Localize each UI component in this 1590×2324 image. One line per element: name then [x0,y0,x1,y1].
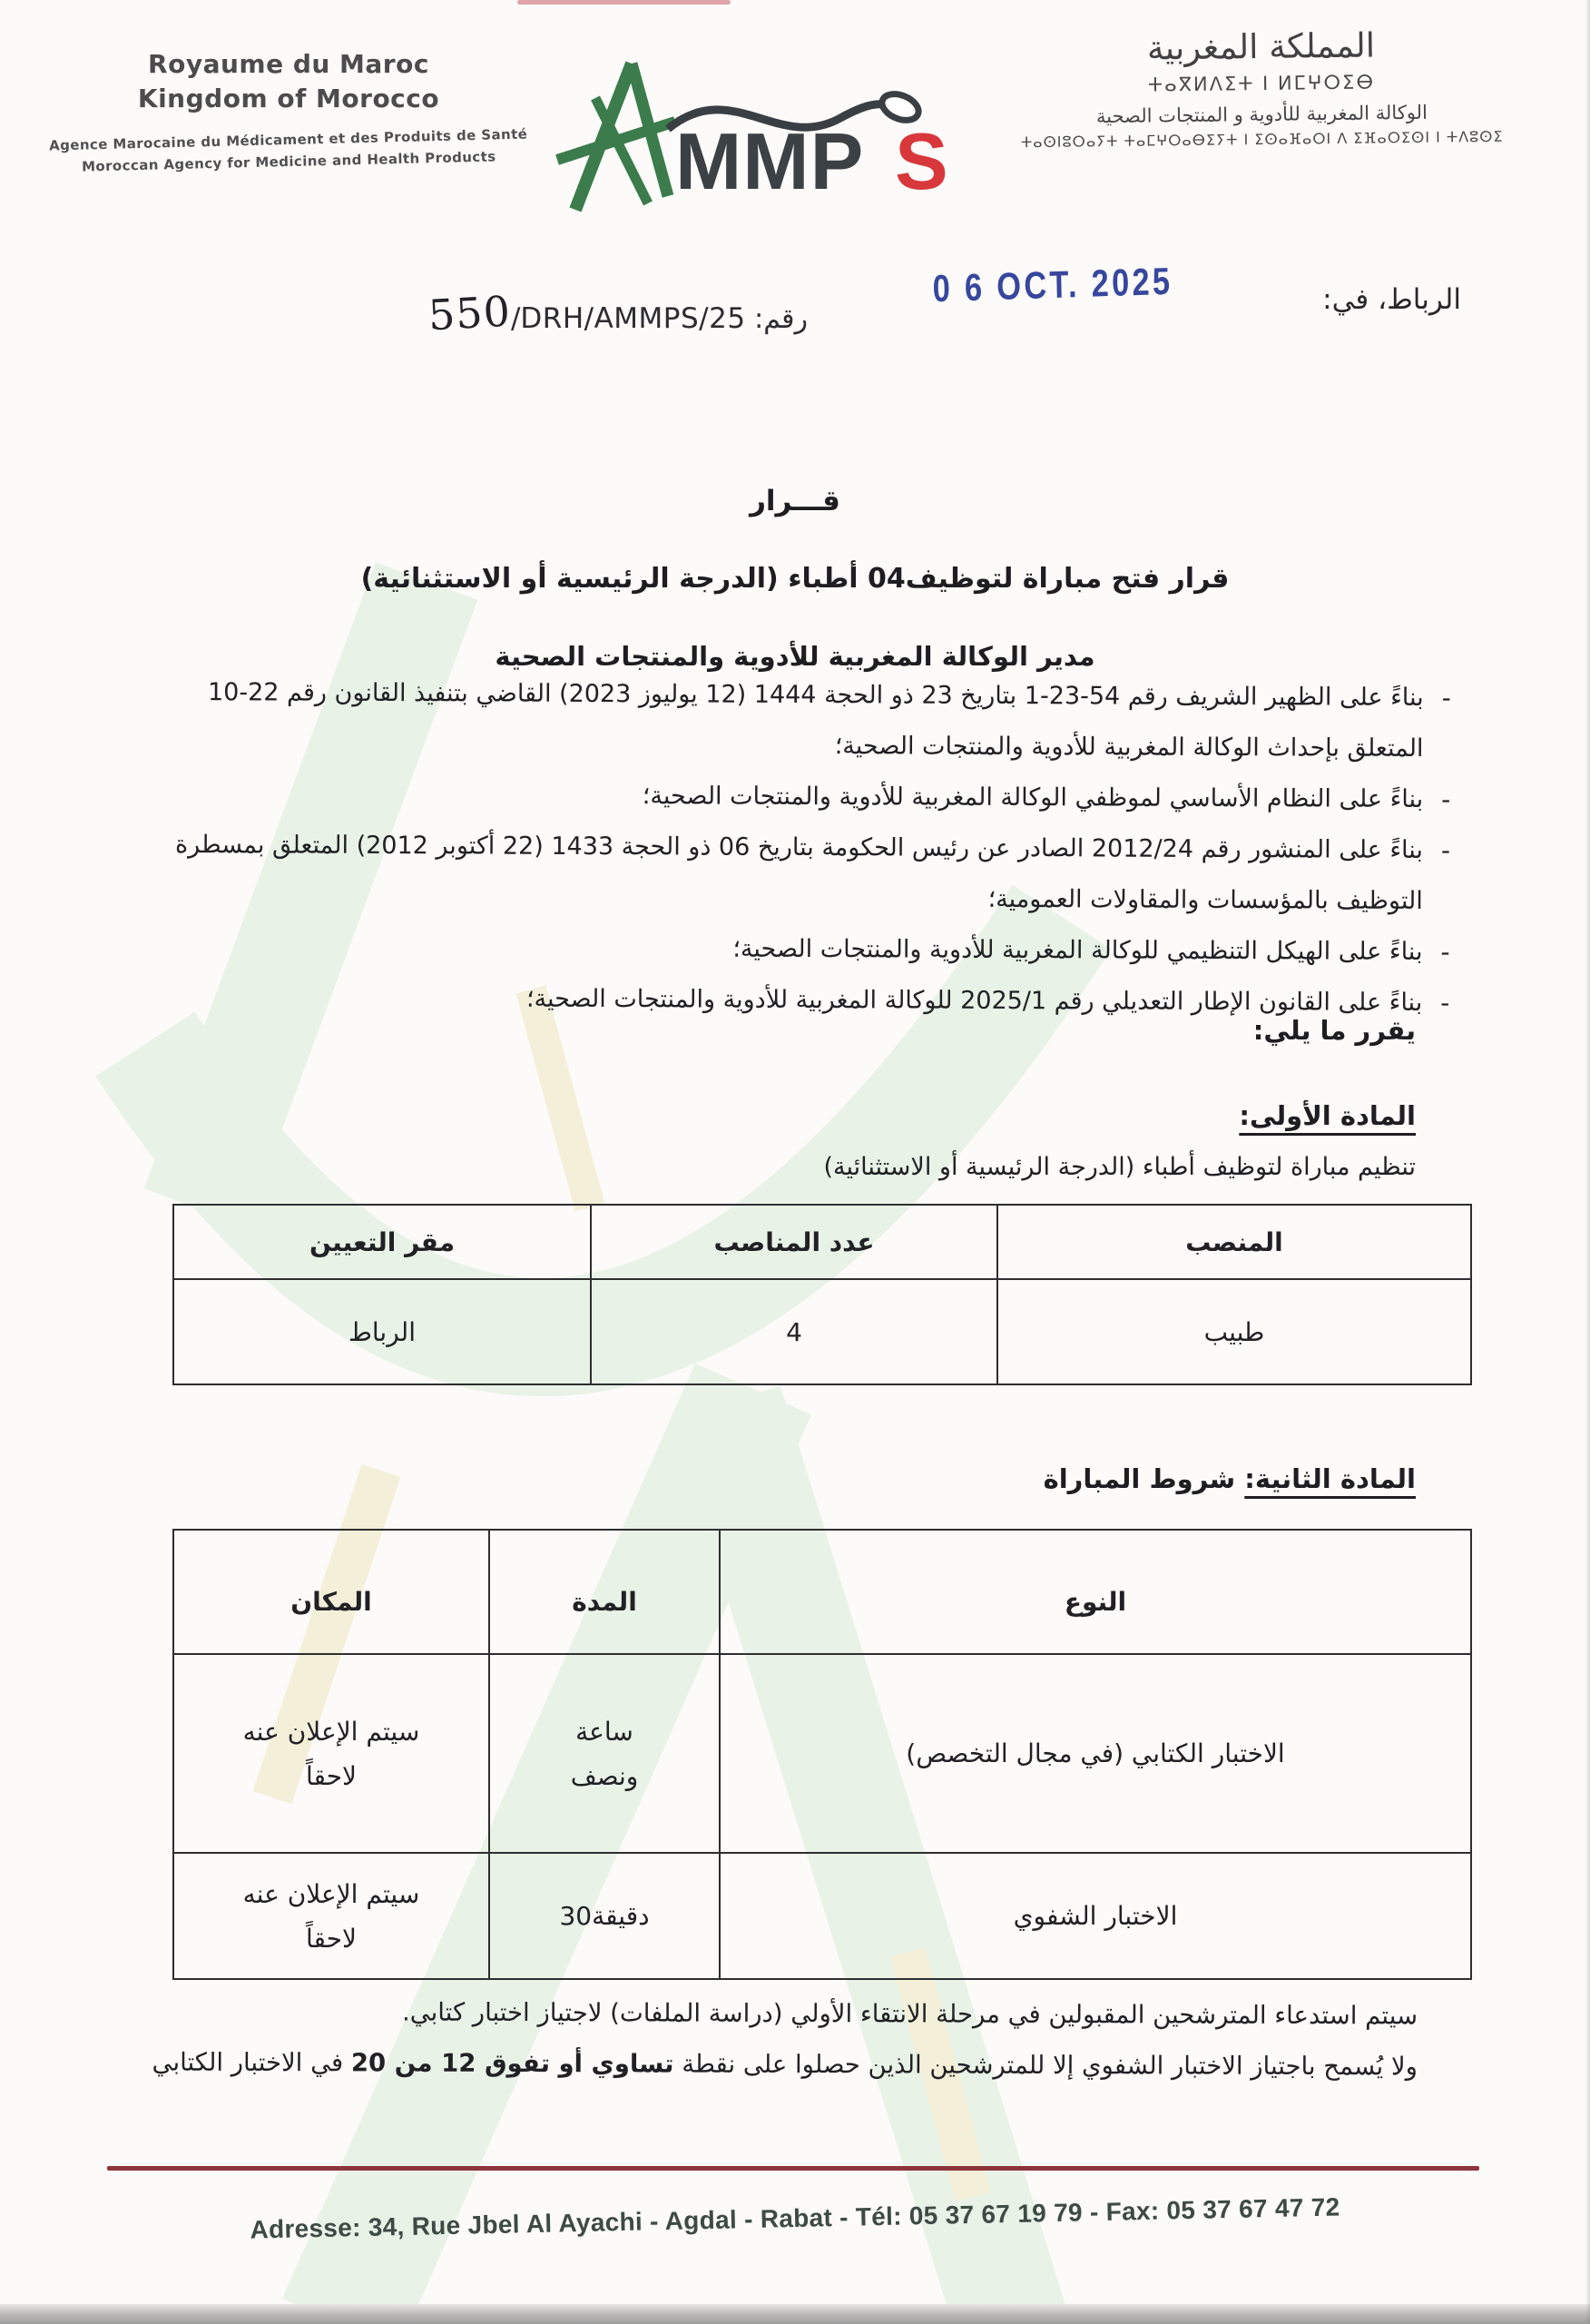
column-header-type: النوع [720,1530,1471,1654]
footer-address: Adresse: 34, Rue Jbel Al Ayachi - Agdal … [0,2188,1590,2250]
date-stamp: 0 6 OCT. 2025 [918,259,1187,310]
article2-heading: المادة الثانية: شروط المباراة [1044,1463,1416,1494]
preamble-item-text: بناءً على الهيكل التنظيمي للوكالة المغرب… [124,921,1422,978]
column-header-location: مقر التعيين [173,1205,591,1279]
kingdom-title-ar: المملكة المغربية [979,20,1543,74]
footer-rule [107,2166,1479,2171]
ammps-logo: MMP S [541,51,967,223]
agency-title-ar: الوكالة المغربية للأدوية و المنتجات الصح… [980,100,1543,129]
scanned-document-page: Royaume du Maroc Kingdom of Morocco Agen… [0,0,1590,2324]
closing-sentence-2-post: في الاختبار الكتابي [152,2048,351,2078]
cell-location: الرباط [173,1279,591,1384]
reference-number-handwritten: 550 [427,287,513,340]
header-left-block: Royaume du Maroc Kingdom of Morocco Agen… [44,47,534,172]
decision-intro: يقرر ما يلي: [1253,1015,1416,1046]
cell-exam-type: الاختبار الشفوي [720,1853,1471,1979]
column-header-place: المكان [173,1530,489,1654]
preamble-item-text: بناءً على النظام الأساسي لموظفي الوكالة … [125,769,1423,825]
cell-position: طبيب [997,1279,1471,1384]
cell-exam-place: سيتم الإعلان عنه لاحقاً [173,1654,489,1853]
column-header-position: المنصب [997,1205,1471,1279]
ammps-star-icon [557,64,675,210]
agency-subtitle-block: Agence Marocaine du Médicament et des Pr… [43,123,534,178]
kingdom-title-fr: Royaume du Maroc [44,47,534,82]
article1-heading: المادة الأولى: [1239,1100,1416,1131]
closing-sentence-2-pre: ولا يُسمح باجتياز الاختبار الشفوي إلا لل… [673,2050,1417,2082]
scan-artifact-right-edge [1585,0,1590,2324]
closing-sentence-2-bold: تساوي أو تفوق 12 من 20 [351,2048,674,2078]
scan-artifact-bottom-edge [0,2304,1590,2324]
place-date-label: الرباط، في: [1198,283,1461,316]
column-header-count: عدد المناصب [591,1205,997,1279]
cell-exam-duration: 30دقيقة [489,1853,720,1979]
article2-heading-underlined: المادة الثانية: [1244,1463,1416,1494]
table-row: الاختبار الكتابي (في مجال التخصص) ساعة و… [173,1654,1471,1853]
cell-exam-place: سيتم الإعلان عنه لاحقاً [173,1853,489,1979]
table-row: طبيب 4 الرباط [173,1279,1471,1384]
agency-title-tifinagh: ⵜⴰⵙⵏⵓⵔⴰⵢⵜ ⵜⴰⵎⵖⵔⴰⴱⵉⵢⵜ ⵏ ⵉⵙⴰⴼⴰⵔⵏ ⴷ ⵉⴼⴰⵔⵉⵙⵏ… [981,127,1544,152]
bullet-dash: - [1423,673,1468,774]
header-right-block: المملكة المغربية ⵜⴰⴳⵍⴷⵉⵜ ⵏ ⵍⵎⵖⵔⵉⴱ الوكال… [979,20,1544,152]
bullet-dash: - [1423,774,1468,825]
bullet-dash: - [1423,825,1468,927]
column-header-duration: المدة [489,1530,720,1654]
closing-sentence-1: سيتم استدعاء المترشحين المقبولين في مرحل… [136,1986,1418,2042]
list-item: - بناءً على الهيكل التنظيمي للوكالة المغ… [124,921,1467,978]
table-row: الاختبار الشفوي 30دقيقة سيتم الإعلان عنه… [173,1853,1471,1979]
list-item: - بناءً على المنشور رقم 2012/24 الصادر ع… [125,820,1468,927]
exam-conditions-table: النوع المدة المكان الاختبار الكتابي (في … [172,1529,1472,1980]
bullet-dash: - [1422,978,1467,1029]
reference-label: رقم: [754,303,808,335]
kingdom-title-en: Kingdom of Morocco [44,82,534,116]
scan-artifact-top-line [517,0,731,5]
article2-heading-rest: شروط المباراة [1044,1463,1245,1494]
preamble-item-text: بناءً على القانون الإطار التعديلي رقم 20… [124,972,1422,1029]
reference-line: رقم: 550/DRH/AMMPS/25 [318,289,808,338]
logo-letters-mmp: MMP [675,116,864,206]
preamble-item-text: بناءً على الظهير الشريف رقم 54-23-1 بتار… [125,667,1423,774]
closing-sentence-2: ولا يُسمح باجتياز الاختبار الشفوي إلا لل… [136,2037,1418,2093]
article1-body: تنظيم مباراة لتوظيف أطباء (الدرجة الرئيس… [823,1153,1416,1181]
cell-exam-duration: ساعة ونصف [489,1654,720,1853]
bullet-dash: - [1422,927,1467,978]
closing-paragraph: سيتم استدعاء المترشحين المقبولين في مرحل… [136,1986,1418,2093]
table-header-row: النوع المدة المكان [173,1530,1471,1654]
reference-number-printed: /DRH/AMMPS/25 [511,302,746,335]
cell-exam-type: الاختبار الكتابي (في مجال التخصص) [720,1654,1471,1853]
preamble-list: - بناءً على الظهير الشريف رقم 54-23-1 بت… [124,667,1469,1029]
preamble-item-text: بناءً على المنشور رقم 2012/24 الصادر عن … [125,820,1423,927]
table-header-row: المنصب عدد المناصب مقر التعيين [173,1205,1471,1279]
document-subtitle: قرار فتح مباراة لتوظيف04 أطباء (الدرجة ا… [0,563,1590,595]
kingdom-title-tifinagh: ⵜⴰⴳⵍⴷⵉⵜ ⵏ ⵍⵎⵖⵔⵉⴱ [980,69,1543,98]
reference-number: 550/DRH/AMMPS/25 [428,303,745,335]
cell-count: 4 [591,1279,997,1384]
document-title: قـــرار [0,485,1590,517]
logo-letter-s: S [895,116,948,206]
positions-table: المنصب عدد المناصب مقر التعيين طبيب 4 ال… [172,1204,1472,1385]
list-item: - بناءً على الظهير الشريف رقم 54-23-1 بت… [125,667,1468,774]
list-item: - بناءً على النظام الأساسي لموظفي الوكال… [125,769,1468,825]
